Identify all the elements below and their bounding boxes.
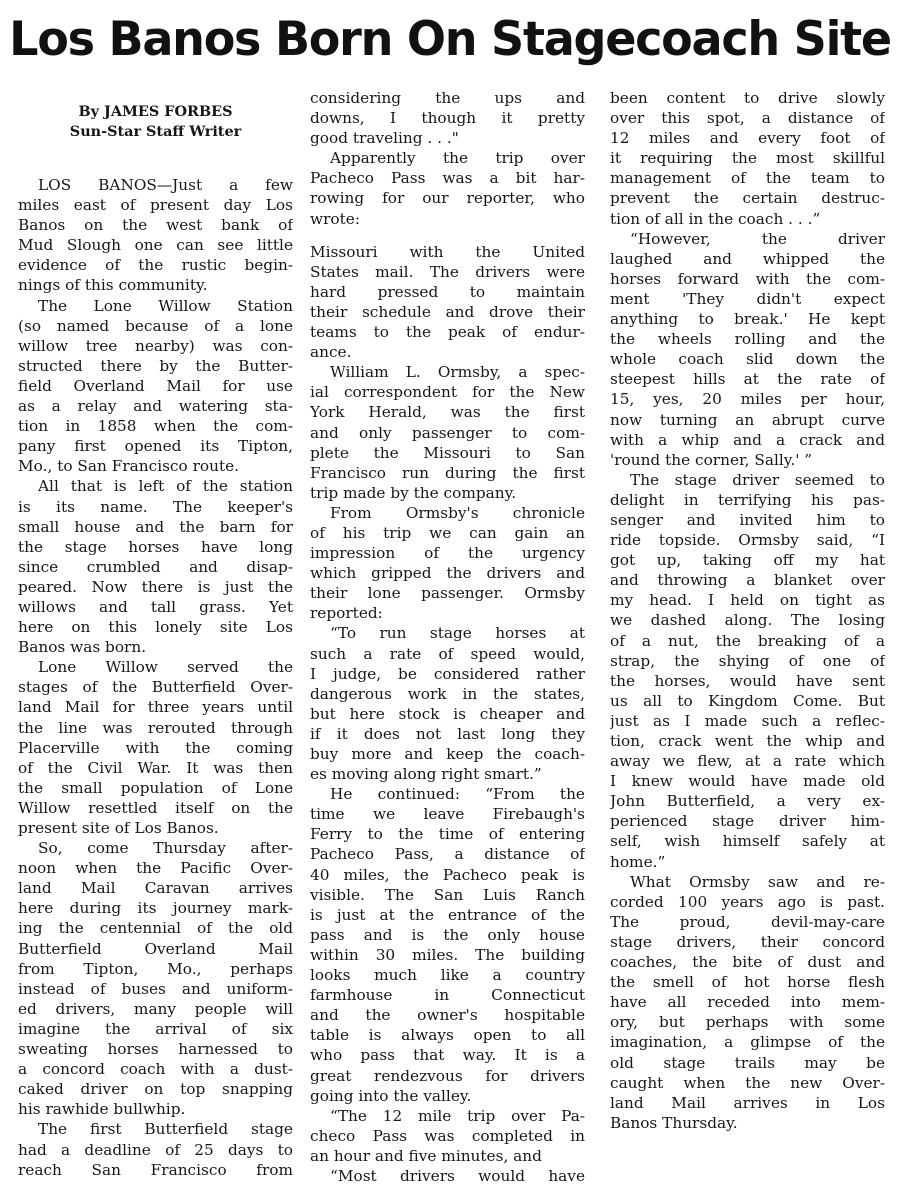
article-text-line: and the owner's hospitable [310,1005,585,1025]
article-text-line: old stage trails may be [610,1053,885,1073]
article-text-line: the wheels rolling and the [610,329,885,349]
article-text-line: the stage horses have long [18,537,293,557]
article-text-line: es moving along right smart.” [310,764,585,784]
byline-author: By JAMES FORBES [18,102,293,122]
article-text-line: within 30 miles. The building [310,945,585,965]
article-text-line: Mud Slough one can see little [18,235,293,255]
article-text-line: stages of the Butterfield Over- [18,677,293,697]
article-text-line: Placerville with the coming [18,738,293,758]
article-text-line: checo Pass was completed in [310,1126,585,1146]
article-text-line: self, wish himself safely at [610,831,885,851]
article-text-line: here during its journey mark- [18,898,293,918]
article-text-line: whole coach slid down the [610,349,885,369]
article-text-line: which gripped the drivers and [310,563,585,583]
article-text-line: management of the team to [610,168,885,188]
article-text-line: considering the ups and [310,88,585,108]
article-text-line: pass and is the only house [310,925,585,945]
article-text-line: senger and invited him to [610,510,885,530]
article-text-line: over this spot, a distance of [610,108,885,128]
article-text-line: going into the valley. [310,1086,585,1106]
article-text-line: is just at the entrance of the [310,905,585,925]
article-text-line: I judge, be considered rather [310,664,585,684]
article-text-line: who pass that way. It is a [310,1045,585,1065]
article-text-line: Banos was born. [18,637,293,657]
article-text-line: his rawhide bullwhip. [18,1099,293,1119]
article-text-line: visible. The San Luis Ranch [310,885,585,905]
article-text-line: looks much like a country [310,965,585,985]
byline: By JAMES FORBES Sun-Star Staff Writer [18,102,293,142]
article-text-line: laughed and whipped the [610,249,885,269]
article-text-line: The proud, devil-may-care [610,912,885,932]
article-text-line: the horses, would have sent [610,671,885,691]
article-text-line: York Herald, was the first [310,402,585,422]
article-text-line: is its name. The keeper's [18,497,293,517]
article-text-line: He continued: “From the [310,784,585,804]
article-text-line: corded 100 years ago is past. [610,892,885,912]
article-text-line: All that is left of the station [18,476,293,496]
article-text-line: their schedule and drove their [310,302,585,322]
article-text-line: horses forward with the com- [610,269,885,289]
article-text-line: land Mail Caravan arrives [18,878,293,898]
article-text-line: land Mail for three years until [18,697,293,717]
article-text-line: ed drivers, many people will [18,999,293,1019]
article-text-line: imagination, a glimpse of the [610,1032,885,1052]
article-text-line: of his trip we can gain an [310,523,585,543]
article-text-line: 15, yes, 20 miles per hour, [610,389,885,409]
article-text-line: buy more and keep the coach- [310,744,585,764]
article-text-line: wrote: [310,209,585,229]
article-text-line: strap, the shying of one of [610,651,885,671]
article-text-line: land Mail arrives in Los [610,1093,885,1113]
article-text-line: caked driver on top snapping [18,1079,293,1099]
article-text-line: great rendezvous for drivers [310,1066,585,1086]
article-text-line: now turning an abrupt curve [610,410,885,430]
article-text-line: peared. Now there is just the [18,577,293,597]
article-text-line: reach San Francisco from [18,1160,293,1180]
article-text-line: us all to Kingdom Come. But [610,691,885,711]
article-text-line: present site of Los Banos. [18,818,293,838]
article-text-line: miles east of present day Los [18,195,293,215]
article-text-line: hard pressed to maintain [310,282,585,302]
article-text-line: coaches, the bite of dust and [610,952,885,972]
article-text-line: evidence of the rustic begin- [18,255,293,275]
article-text-line: (so named because of a lone [18,316,293,336]
article-text-line: LOS BANOS—Just a few [18,175,293,195]
article-text-line: Banos on the west bank of [18,215,293,235]
article-text-line: reported: [310,603,585,623]
article-text-line: tion of all in the coach . . .” [610,209,885,229]
article-text-line: dangerous work in the states, [310,684,585,704]
article-text-line: as a relay and watering sta- [18,396,293,416]
article-text-line: farmhouse in Connecticut [310,985,585,1005]
article-text-line: plete the Missouri to San [310,443,585,463]
article-text-line: Pacheco Pass was a bit har- [310,168,585,188]
article-text-line: away we flew, at a rate which [610,751,885,771]
article-text-line: structed there by the Butter- [18,356,293,376]
article-text-line: “The 12 mile trip over Pa- [310,1106,585,1126]
article-text-line: with a whip and a crack and [610,430,885,450]
article-text-line: small house and the barn for [18,517,293,537]
spacer [18,142,293,175]
article-text-line: ment 'They didn't expect [610,289,885,309]
article-text-line: such a rate of speed would, [310,644,585,664]
article-text-line: ance. [310,342,585,362]
byline-title: Sun-Star Staff Writer [18,122,293,142]
article-text-line: ory, but perhaps with some [610,1012,885,1032]
article-text-line: impression of the urgency [310,543,585,563]
article-text-line: tion in 1858 when the com- [18,416,293,436]
article-text-line: here on this lonely site Los [18,617,293,637]
article-text-line: perienced stage driver him- [610,811,885,831]
article-text-line: What Ormsby saw and re- [610,872,885,892]
article-text-line: imagine the arrival of six [18,1019,293,1039]
column-text: LOS BANOS—Just a fewmiles east of presen… [18,175,293,1180]
article-text-line: my head. I held on tight as [610,590,885,610]
article-text-line: good traveling . . ." [310,128,585,148]
spacer [310,229,585,242]
article-text-line: noon when the Pacific Over- [18,858,293,878]
article-text-line: Apparently the trip over [310,148,585,168]
article-text-line: Willow resettled itself on the [18,798,293,818]
article-text-line: we dashed along. The losing [610,610,885,630]
article-text-line: an hour and five minutes, and [310,1146,585,1166]
article-text-line: So, come Thursday after- [18,838,293,858]
article-text-line: just as I made such a reflec- [610,711,885,731]
article-text-line: caught when the new Over- [610,1073,885,1093]
article-text-line: Missouri with the United [310,242,585,262]
article-text-line: trip made by the company. [310,483,585,503]
article-text-line: 40 miles, the Pacheco peak is [310,865,585,885]
article-text-line: The Lone Willow Station [18,296,293,316]
article-text-line: “Most drivers would have [310,1166,585,1186]
article-column-1: By JAMES FORBES Sun-Star Staff Writer LO… [18,88,293,1180]
article-text-line: but here stock is cheaper and [310,704,585,724]
article-text-line: Francisco run during the first [310,463,585,483]
article-text-line: anything to break.' He kept [610,309,885,329]
article-text-line: it requiring the most skillful [610,148,885,168]
article-text-line: 12 miles and every foot of [610,128,885,148]
article-text-line: “However, the driver [610,229,885,249]
article-text-line: their lone passenger. Ormsby [310,583,585,603]
article-text-line: I knew would have made old [610,771,885,791]
article-text-line: tion, crack went the whip and [610,731,885,751]
article-column-3: been content to drive slowlyover this sp… [610,88,885,1133]
headline: Los Banos Born On Stagecoach Site [9,2,891,78]
article-text-line: since crumbled and disap- [18,557,293,577]
article-text-line: the smell of hot horse flesh [610,972,885,992]
article-text-line: stage drivers, their concord [610,932,885,952]
article-column-2: considering the ups anddowns, I though i… [310,88,585,1186]
article-text-line: Mo., to San Francisco route. [18,456,293,476]
article-text-line: Ferry to the time of entering [310,824,585,844]
article-text-line: ride topside. Ormsby said, “I [610,530,885,550]
article-text-line: field Overland Mail for use [18,376,293,396]
article-text-line: willows and tall grass. Yet [18,597,293,617]
article-text-line: Pacheco Pass, a distance of [310,844,585,864]
article-text-line: ial correspondent for the New [310,382,585,402]
article-text-line: nings of this community. [18,275,293,295]
article-text-line: Butterfield Overland Mail [18,939,293,959]
article-text-line: downs, I though it pretty [310,108,585,128]
column-text: considering the ups anddowns, I though i… [310,88,585,1186]
article-text-line: Lone Willow served the [18,657,293,677]
article-text-line: rowing for our reporter, who [310,188,585,208]
article-text-line: “To run stage horses at [310,623,585,643]
article-text-line: a concord coach with a dust- [18,1059,293,1079]
article-text-line: and throwing a blanket over [610,570,885,590]
article-text-line: of a nut, the breaking of a [610,631,885,651]
article-text-line: home.” [610,852,885,872]
article-text-line: The first Butterfield stage [18,1119,293,1139]
article-text-line: The stage driver seemed to [610,470,885,490]
article-text-line: prevent the certain destruc- [610,188,885,208]
article-text-line: the line was rerouted through [18,718,293,738]
article-text-line: ing the centennial of the old [18,918,293,938]
article-text-line: have all receded into mem- [610,992,885,1012]
article-text-line: table is always open to all [310,1025,585,1045]
article-text-line: sweating horses harnessed to [18,1039,293,1059]
article-text-line: the small population of Lone [18,778,293,798]
article-text-line: States mail. The drivers were [310,262,585,282]
article-text-line: been content to drive slowly [610,88,885,108]
article-text-line: instead of buses and uniform- [18,979,293,999]
article-text-line: pany first opened its Tipton, [18,436,293,456]
article-text-line: teams to the peak of endur- [310,322,585,342]
column-text: been content to drive slowlyover this sp… [610,88,885,1133]
article-text-line: Banos Thursday. [610,1113,885,1133]
article-text-line: delight in terrifying his pas- [610,490,885,510]
article-text-line: got up, taking off my hat [610,550,885,570]
article-text-line: and only passenger to com- [310,423,585,443]
article-text-line: if it does not last long they [310,724,585,744]
article-text-line: had a deadline of 25 days to [18,1140,293,1160]
article-text-line: From Ormsby's chronicle [310,503,585,523]
article-text-line: John Butterfield, a very ex- [610,791,885,811]
article-text-line: time we leave Firebaugh's [310,804,585,824]
article-text-line: William L. Ormsby, a spec- [310,362,585,382]
article-text-line: steepest hills at the rate of [610,369,885,389]
article-text-line: from Tipton, Mo., perhaps [18,959,293,979]
article-text-line: 'round the corner, Sally.' ” [610,450,885,470]
article-text-line: willow tree nearby) was con- [18,336,293,356]
article-text-line: of the Civil War. It was then [18,758,293,778]
